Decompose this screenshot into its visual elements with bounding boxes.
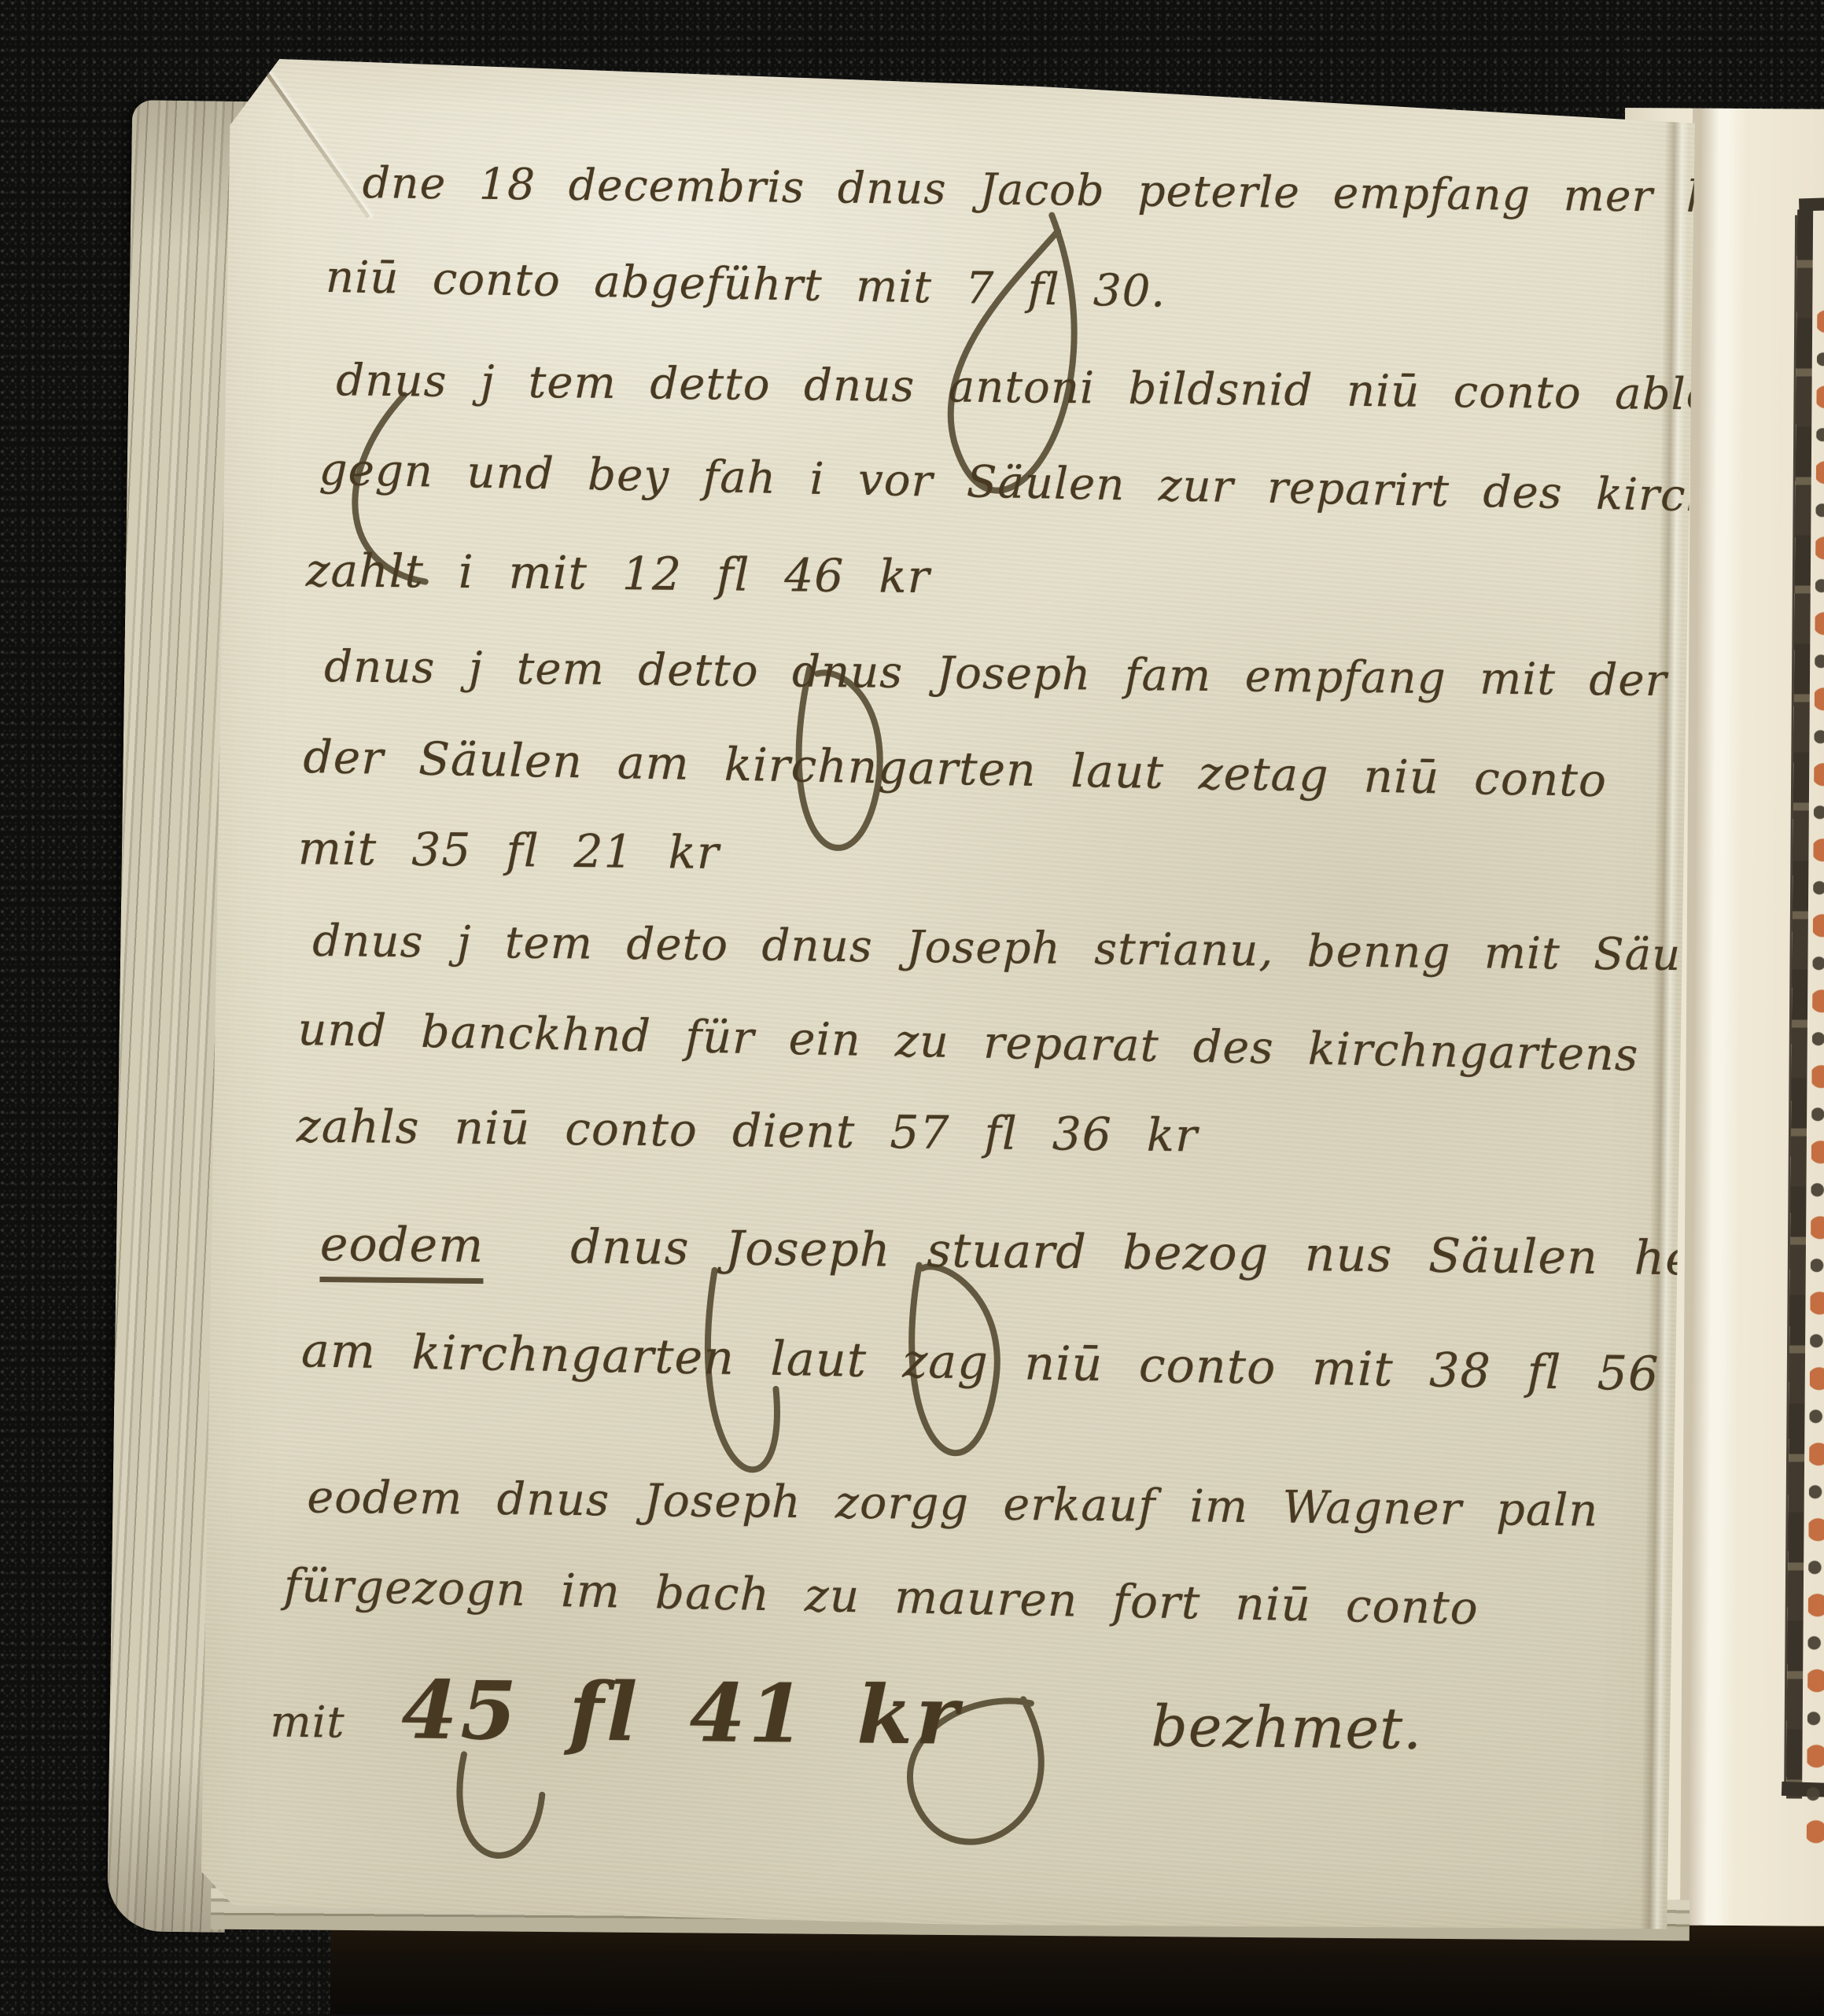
eodem-underlined: eodem	[319, 1217, 484, 1284]
manuscript-line: dnus j tem deto dnus Joseph strianu, ben…	[312, 916, 1752, 982]
manuscript-line-text: dnus Joseph stuard bezog nus Säulen hezn	[570, 1219, 1752, 1287]
manuscript-line: dnus j tem detto dnus Joseph fam empfang…	[324, 641, 1824, 709]
manuscript-line: eodemdnus Joseph stuard bezog nus Säulen…	[319, 1217, 1752, 1297]
manuscript-line: und banckhnd für ein zu reparat des kirc…	[297, 1004, 1639, 1082]
manuscript-line: zahls niū conto dient 57 fl 36 kr	[297, 1099, 1199, 1162]
amount-figure: 45 fl 41 kr	[401, 1663, 962, 1763]
manuscript-line: dnus j tem detto dnus antoni bildsnid ni…	[336, 355, 1811, 422]
manuscript-line: eodem dnus Joseph zorgg erkauf im Wagner…	[307, 1471, 1599, 1536]
manuscript-page: dne 18 decembris dnus Jacob peterle empf…	[201, 58, 1696, 1937]
manuscript-line: am kirchngarten laut zag niū conto mit 3…	[300, 1323, 1748, 1403]
manuscript-photograph: dne 18 decembris dnus Jacob peterle empf…	[0, 0, 1824, 2016]
dog-ear-crease	[263, 68, 370, 219]
manuscript-line: dne 18 decembris dnus Jacob peterle empf…	[362, 157, 1824, 225]
ink-flourishes	[201, 58, 1696, 1937]
manuscript-line: gegn und bey fah i vor Säulen zur repari…	[319, 444, 1824, 525]
paper-grain	[201, 58, 1696, 1937]
manuscript-line: mit 45 fl 41 kr bezhmet.	[270, 1662, 1423, 1768]
manuscript-line: der Säulen am kirchngarten laut zetag ni…	[303, 730, 1608, 807]
manuscript-line: niū conto abgeführt mit 7 fl 30.	[326, 252, 1166, 318]
manuscript-line: mit 35 fl 21 kr	[298, 821, 720, 879]
amount-suffix: bezhmet.	[1151, 1693, 1422, 1762]
manuscript-line: fürgezogn im bach zu mauren fort niū con…	[283, 1558, 1479, 1635]
manuscript-line: zahlt i mit 12 fl 46 kr	[306, 544, 930, 603]
amount-prefix: mit	[270, 1697, 345, 1748]
